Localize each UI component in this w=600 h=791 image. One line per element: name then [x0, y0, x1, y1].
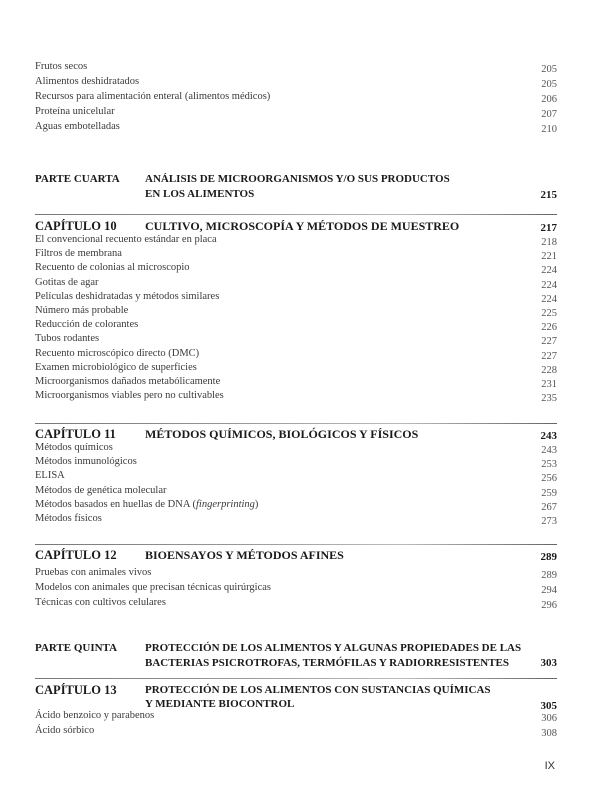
- toc-entry: Microorganismos viables pero no cultivab…: [35, 389, 557, 403]
- toc-entry: Ácido sórbico308: [35, 724, 557, 738]
- toc-entry: Métodos de genética molecular259: [35, 484, 557, 498]
- toc-entry: Proteína unicelular207: [35, 105, 557, 119]
- entry-label: Número más probable: [35, 304, 128, 318]
- entry-label: Métodos químicos: [35, 441, 113, 455]
- toc-entry: Frutos secos205: [35, 60, 557, 74]
- toc-entry: Modelos con animales que precisan técnic…: [35, 581, 557, 595]
- section-divider: [35, 214, 557, 215]
- toc-entry: Alimentos deshidratados205: [35, 75, 557, 89]
- part-page: 303: [541, 656, 558, 671]
- entry-page: 273: [541, 515, 557, 529]
- part-title-line1: PROTECCIÓN DE LOS ALIMENTOS Y ALGUNAS PR…: [145, 641, 521, 656]
- entry-label: Reducción de colorantes: [35, 318, 138, 332]
- toc-entry: Métodos basados en huellas de DNA (finge…: [35, 498, 557, 512]
- toc-entry: Recursos para alimentación enteral (alim…: [35, 90, 557, 104]
- part-title-line2: EN LOS ALIMENTOS: [145, 187, 254, 202]
- part-title-line1: ANÁLISIS DE MICROORGANISMOS Y/O SUS PROD…: [145, 172, 450, 187]
- entry-page: 308: [541, 727, 557, 741]
- entry-label: Recursos para alimentación enteral (alim…: [35, 90, 270, 104]
- toc-entry: Aguas embotelladas210: [35, 120, 557, 134]
- toc-entry: Reducción de colorantes226: [35, 318, 557, 332]
- italic-term: fingerprinting: [196, 499, 255, 510]
- entry-label: Gotitas de agar: [35, 276, 99, 290]
- entry-label: ELISA: [35, 469, 65, 483]
- toc-entry: Recuento microscópico directo (DMC)227: [35, 347, 557, 361]
- entry-page: 235: [541, 392, 557, 406]
- entry-label: Técnicas con cultivos celulares: [35, 596, 166, 610]
- entry-label: Ácido sórbico: [35, 724, 94, 738]
- chapter-label: CAPÍTULO 11: [35, 427, 116, 442]
- toc-entry: Métodos físicos273: [35, 512, 557, 526]
- entry-label: Métodos basados en huellas de DNA (finge…: [35, 498, 258, 512]
- entry-label: Ácido benzoico y parabenos: [35, 709, 154, 723]
- chapter-heading-12: CAPÍTULO 12 BIOENSAYOS Y MÉTODOS AFINES …: [35, 548, 557, 564]
- entry-label: Examen microbiológico de superficies: [35, 361, 197, 375]
- entry-label: Modelos con animales que precisan técnic…: [35, 581, 271, 595]
- chapter-page: 289: [541, 550, 558, 565]
- entry-label: Tubos rodantes: [35, 332, 99, 346]
- entry-label: Películas deshidratadas y métodos simila…: [35, 290, 219, 304]
- toc-entry: ELISA256: [35, 469, 557, 483]
- toc-entry: Películas deshidratadas y métodos simila…: [35, 290, 557, 304]
- toc-entry: Técnicas con cultivos celulares296: [35, 596, 557, 610]
- part-label: PARTE QUINTA: [35, 641, 117, 656]
- entry-label: Métodos físicos: [35, 512, 102, 526]
- entry-label: Métodos de genética molecular: [35, 484, 167, 498]
- chapter-title-line1: PROTECCIÓN DE LOS ALIMENTOS CON SUSTANCI…: [145, 683, 491, 698]
- entry-label: Frutos secos: [35, 60, 87, 74]
- entry-label: Microorganismos dañados metabólicamente: [35, 375, 220, 389]
- entry-label: Alimentos deshidratados: [35, 75, 139, 89]
- chapter-label: CAPÍTULO 12: [35, 548, 117, 563]
- entry-label: Proteína unicelular: [35, 105, 115, 119]
- chapter-label: CAPÍTULO 13: [35, 683, 117, 698]
- part-label: PARTE CUARTA: [35, 172, 120, 187]
- part-heading-quinta: PARTE QUINTA PROTECCIÓN DE LOS ALIMENTOS…: [35, 641, 557, 673]
- toc-entry: Métodos inmunológicos253: [35, 455, 557, 469]
- entry-label: Recuento de colonias al microscopio: [35, 261, 190, 275]
- page-folio: IX: [545, 760, 555, 772]
- toc-entry: Número más probable225: [35, 304, 557, 318]
- section-divider: [35, 678, 557, 679]
- entry-label: Microorganismos viables pero no cultivab…: [35, 389, 224, 403]
- part-page: 215: [541, 188, 558, 203]
- entry-label: Pruebas con animales vivos: [35, 566, 151, 580]
- chapter-title: CULTIVO, MICROSCOPÍA Y MÉTODOS DE MUESTR…: [145, 219, 459, 234]
- toc-entry: Tubos rodantes227: [35, 332, 557, 346]
- toc-entry: El convencional recuento estándar en pla…: [35, 233, 557, 247]
- toc-entry: Pruebas con animales vivos289: [35, 566, 557, 580]
- section-divider: [35, 544, 557, 545]
- part-title-line2: BACTERIAS PSICROTROFAS, TERMÓFILAS Y RAD…: [145, 656, 509, 671]
- chapter-label: CAPÍTULO 10: [35, 219, 117, 234]
- entry-page: 210: [541, 123, 557, 137]
- entry-label: Recuento microscópico directo (DMC): [35, 347, 199, 361]
- toc-entry: Filtros de membrana221: [35, 247, 557, 261]
- toc-entry: Examen microbiológico de superficies228: [35, 361, 557, 375]
- part-heading-cuarta: PARTE CUARTA ANÁLISIS DE MICROORGANISMOS…: [35, 172, 557, 204]
- toc-page: Frutos secos205 Alimentos deshidratados2…: [0, 0, 600, 791]
- entry-label: El convencional recuento estándar en pla…: [35, 233, 217, 247]
- entry-label: Filtros de membrana: [35, 247, 122, 261]
- section-divider: [35, 423, 557, 424]
- toc-entry: Métodos químicos243: [35, 441, 557, 455]
- toc-entry: Gotitas de agar224: [35, 276, 557, 290]
- toc-entry: Microorganismos dañados metabólicamente2…: [35, 375, 557, 389]
- toc-entry: Recuento de colonias al microscopio224: [35, 261, 557, 275]
- toc-entry: Ácido benzoico y parabenos306: [35, 709, 557, 723]
- chapter-title: MÉTODOS QUÍMICOS, BIOLÓGICOS Y FÍSICOS: [145, 427, 418, 442]
- chapter-title: BIOENSAYOS Y MÉTODOS AFINES: [145, 548, 344, 563]
- entry-label: Aguas embotelladas: [35, 120, 120, 134]
- entry-page: 296: [541, 599, 557, 613]
- entry-label: Métodos inmunológicos: [35, 455, 137, 469]
